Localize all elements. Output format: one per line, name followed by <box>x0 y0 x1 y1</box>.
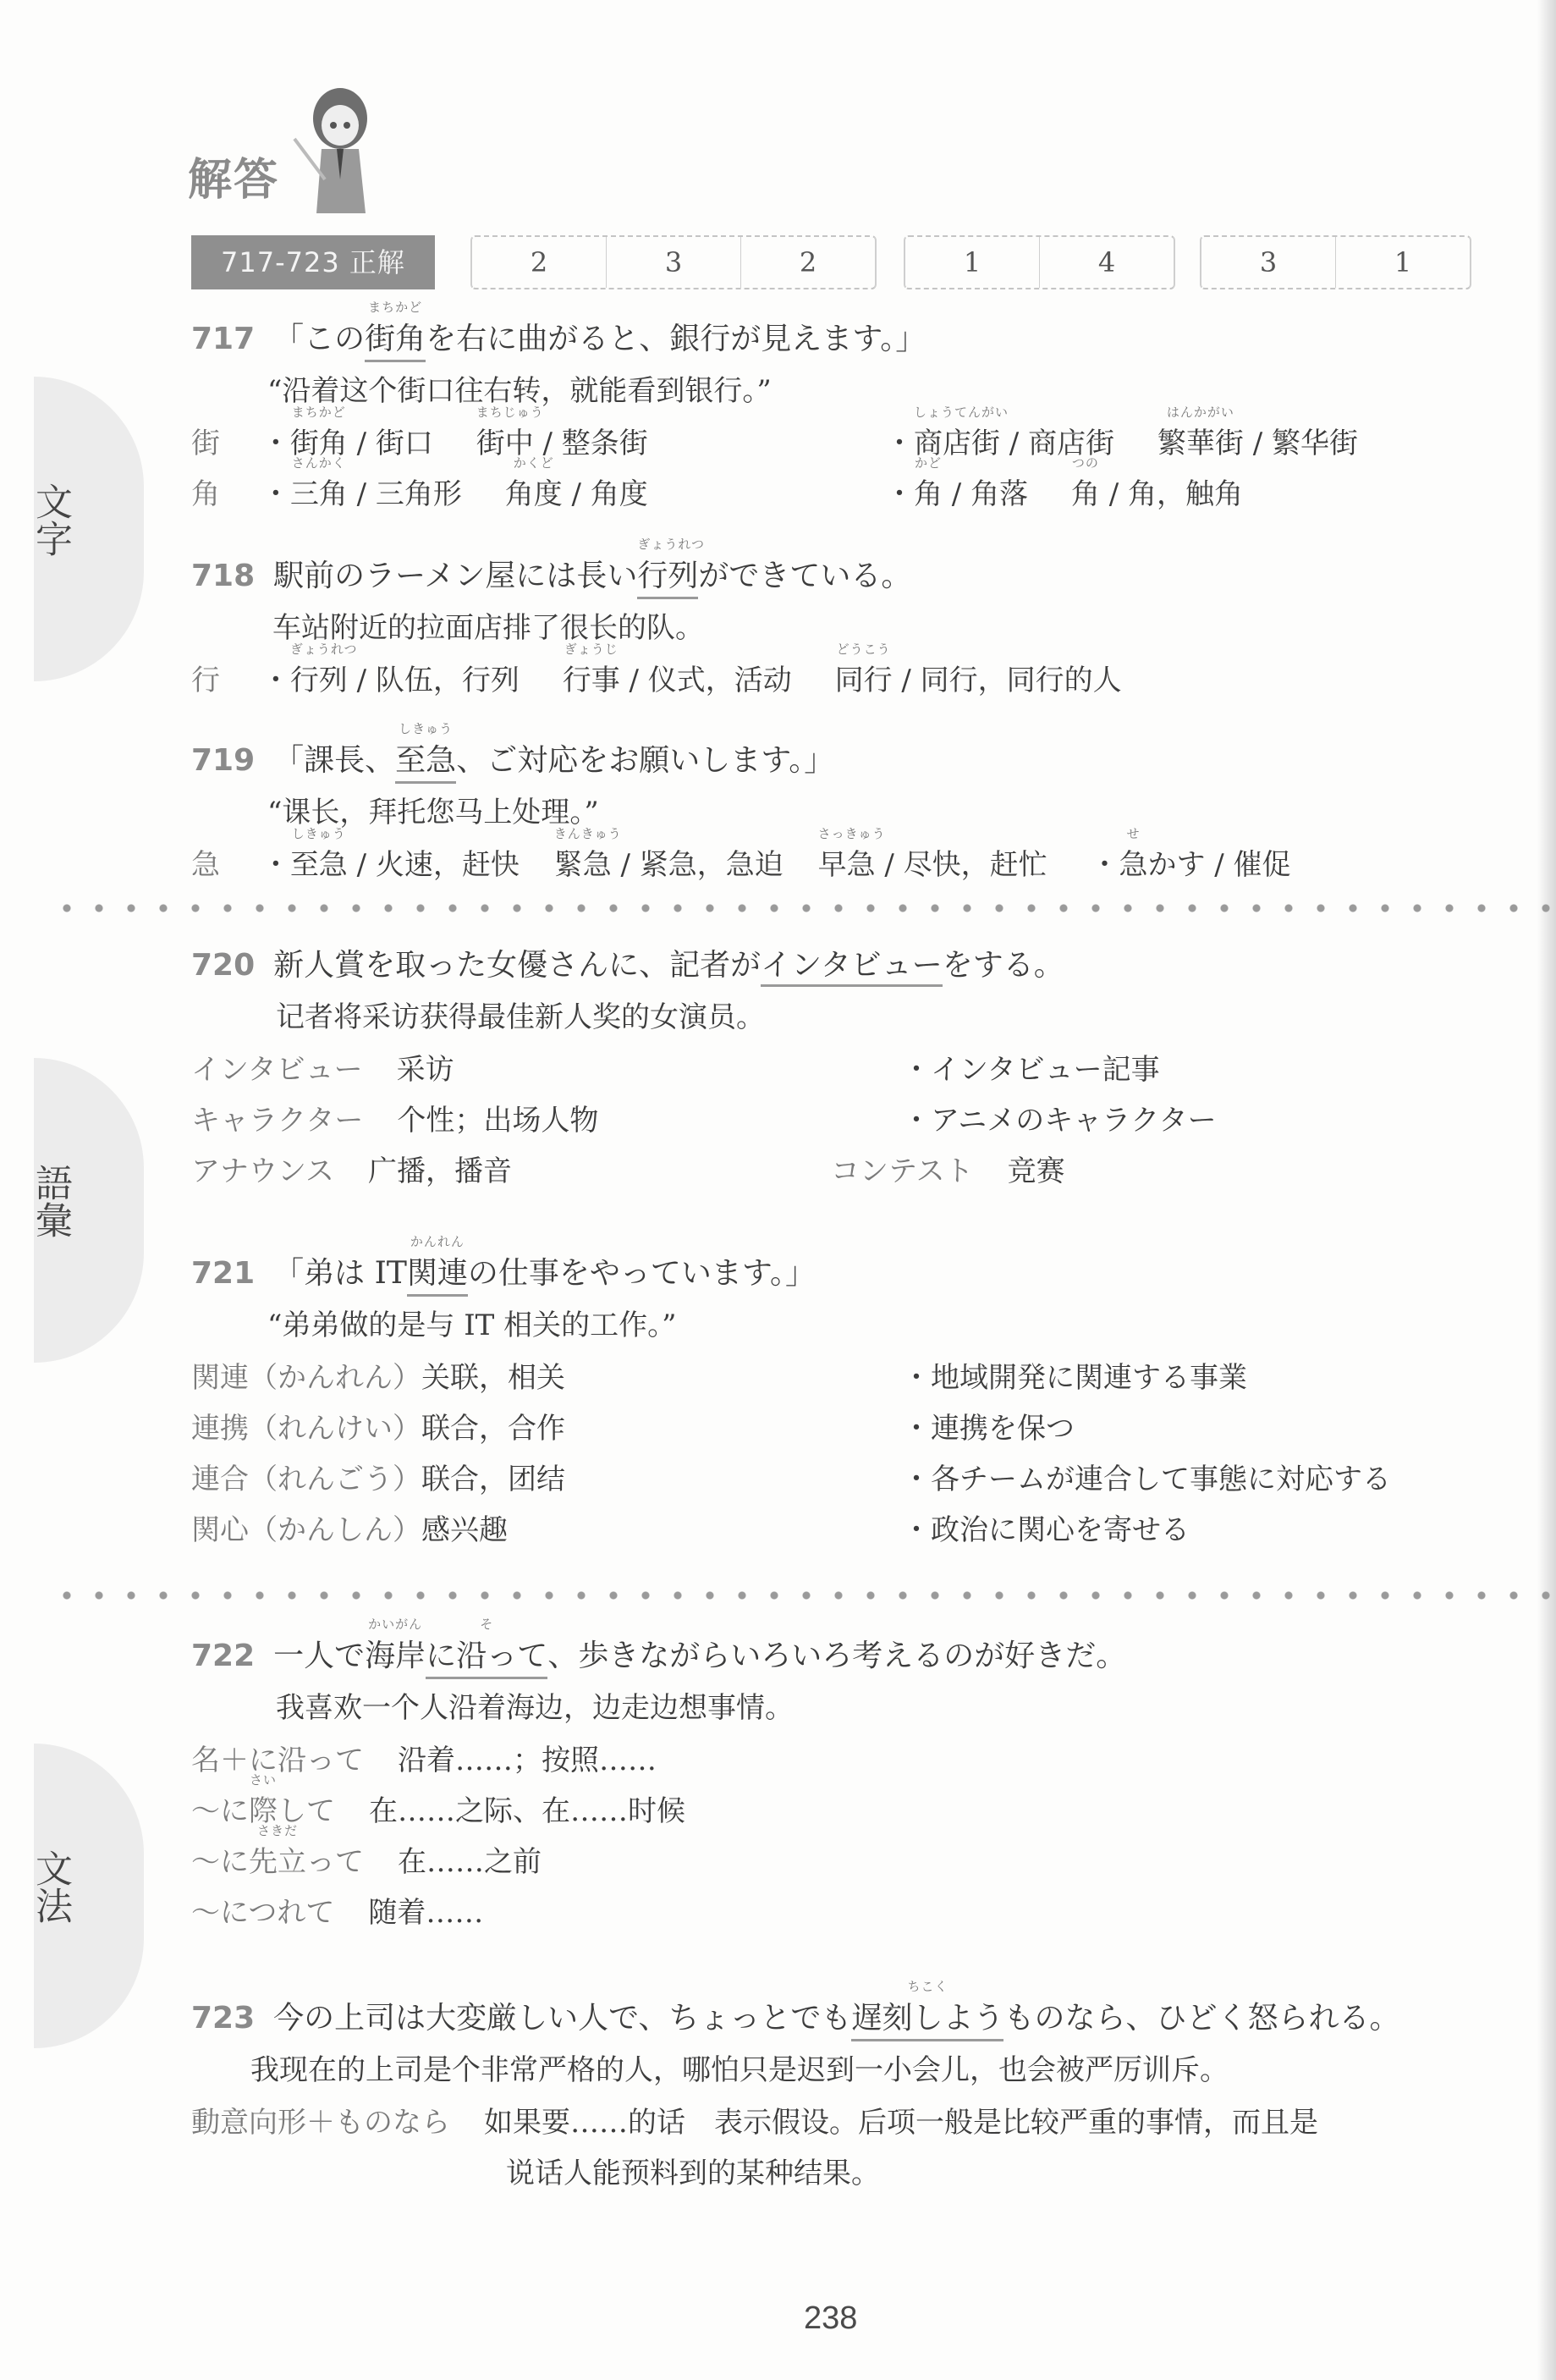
side-tab-goi-label: 語彙 <box>39 1164 73 1238</box>
target-word: かんれん関連 <box>407 1249 468 1297</box>
vocab-row: 関連（かんれん）关联，相关 <box>191 1354 565 1396</box>
question-723: 723今の上司は大変厳しい人で、ちょっとでもちこく遅刻しようものなら、ひどく怒ら… <box>191 1994 1399 2041</box>
teacher-mascot-icon <box>288 78 381 222</box>
vocab-row: アナウンス广播，播音 <box>191 1148 512 1189</box>
section-divider <box>51 1591 1556 1600</box>
kanji-row-kyuu: 急 ・しきゅう至急 / 火速，赶快 きんきゅう緊急 / 紧急，急迫 さっきゅう早… <box>191 841 1291 883</box>
translation-723: 我现在的上司是个非常严格的人，哪怕只是迟到一小会儿，也会被严厉训斥。 <box>250 2047 1229 2088</box>
vocab-example: ・地域開発に関連する事業 <box>902 1354 1247 1396</box>
question-719: 719「課長、しきゅう至急、ご対応をお願いします。」 <box>191 736 834 784</box>
kanji-row-kaku-right: ・かど角 / 角落 つの角 / 角，触角 <box>885 471 1243 512</box>
target-word: まちかど街角 <box>365 315 426 362</box>
kanji-row-gyou: 行 ・ぎょうれつ行列 / 队伍，行列 ぎょうじ行事 / 仪式，活动 どうこう同行… <box>191 657 1122 698</box>
question-number: 717 <box>191 322 255 356</box>
answer-722: 3 <box>1201 237 1336 288</box>
answer-719: 2 <box>741 237 875 288</box>
target-word: インタビュー <box>761 948 943 987</box>
grammar-meaning-cont: 说话人能预料到的某种结果。 <box>506 2150 880 2191</box>
grammar-row: さきだ～に先立って在……之前 <box>191 1838 542 1880</box>
answer-group-3: 3 1 <box>1200 235 1471 289</box>
vocab-row: インタビュー采访 <box>191 1046 454 1088</box>
answer-group-1: 2 3 2 <box>470 235 877 289</box>
answer-717: 2 <box>472 237 607 288</box>
vocab-example: ・アニメのキャラクター <box>902 1097 1217 1138</box>
vocab-row: キャラクター个性；出场人物 <box>191 1097 598 1138</box>
answer-718: 3 <box>607 237 741 288</box>
answer-723: 1 <box>1336 237 1470 288</box>
grammar-row: 動意向形＋ものなら如果要……的话 表示假设。后项一般是比较严重的事情，而且是 <box>191 2099 1318 2140</box>
question-718: 718駅前のラーメン屋には長いぎょうれつ行列ができている。 <box>191 552 911 599</box>
target-word: しきゅう至急 <box>395 736 456 784</box>
page-gutter-shadow <box>1537 0 1556 2380</box>
translation-722: 我喜欢一个人沿着海边，边走边想事情。 <box>276 1684 794 1726</box>
kanji-row-kaku: 角 ・さんかく三角 / 三角形 かくど角度 / 角度 <box>191 471 648 512</box>
translation-720: 记者将采访获得最佳新人奖的女演员。 <box>276 994 765 1035</box>
answer-720: 1 <box>905 237 1040 288</box>
vocab-row: 関心（かんしん）感兴趣 <box>191 1507 508 1548</box>
vocab-example: ・インタビュー記事 <box>902 1046 1160 1088</box>
answer-721: 4 <box>1040 237 1174 288</box>
side-tab-moji-label: 文字 <box>39 482 73 557</box>
vocab-row: コンテスト竞赛 <box>831 1148 1065 1189</box>
page-number: 238 <box>804 2300 857 2337</box>
question-722: 722一人でかいがん海岸そに沿って、歩きながらいろいろ考えるのが好きだ。 <box>191 1632 1126 1679</box>
vocab-example: ・政治に関心を寄せる <box>902 1507 1190 1548</box>
target-word: ぎょうれつ行列 <box>637 552 698 599</box>
target-word: そに沿って <box>426 1632 547 1679</box>
kanji-row-gai: 街 ・まちかど街角 / 街口 まちじゅう街中 / 整条街 <box>191 420 648 461</box>
page-title: 解答 <box>188 144 279 207</box>
question-721: 721「弟は ITかんれん関連の仕事をやっています。」 <box>191 1249 816 1297</box>
grammar-row: ～につれて随着…… <box>191 1889 483 1931</box>
answer-range-label: 717-723 正解 <box>191 235 435 289</box>
target-word: ちこく遅刻しよう <box>851 1994 1003 2041</box>
translation-721: “弟弟做的是与 IT 相关的工作。” <box>267 1302 677 1343</box>
side-tab-bunpo-label: 文法 <box>39 1849 73 1924</box>
vocab-example: ・連携を保つ <box>902 1405 1075 1446</box>
question-717: 717「このまちかど街角を右に曲がると、銀行が見えます。」 <box>191 315 926 362</box>
vocab-example: ・各チームが連合して事態に対応する <box>902 1456 1391 1497</box>
question-720: 720新人賞を取った女優さんに、記者がインタビューをする。 <box>191 941 1064 984</box>
section-divider <box>51 904 1556 912</box>
kanji-row-gai-right: ・しょうてんがい商店街 / 商店街 はんかがい繁華街 / 繁华街 <box>885 420 1358 461</box>
vocab-row: 連合（れんごう）联合，团结 <box>191 1456 565 1497</box>
vocab-row: 連携（れんけい）联合，合作 <box>191 1405 565 1446</box>
answer-group-2: 1 4 <box>904 235 1175 289</box>
